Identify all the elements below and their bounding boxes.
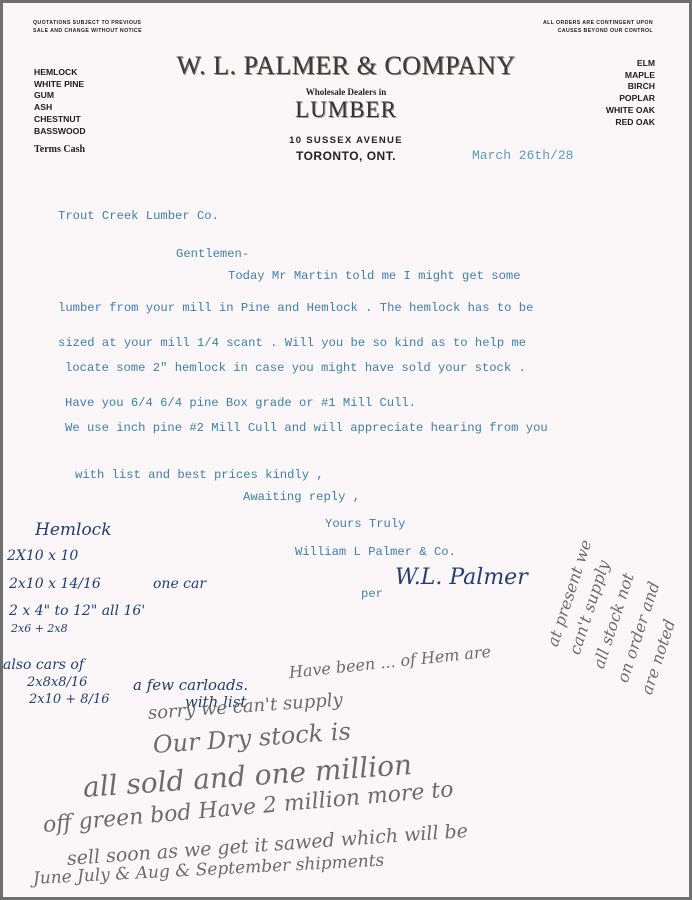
body-line: locate some 2" hemlock in case you might… bbox=[65, 361, 526, 375]
body-line: lumber from your mill in Pine and Hemloc… bbox=[58, 301, 533, 315]
ink-line: 2x6 + 2x8 bbox=[11, 622, 68, 635]
pencil-line: Have been ... of Hem are bbox=[288, 642, 492, 682]
ink-also-line: 2x10 + 8/16 bbox=[29, 692, 110, 707]
ink-also-cars: also cars of bbox=[3, 657, 84, 673]
ink-one-car: one car bbox=[153, 576, 206, 592]
ink-line: 2x10 x 14/16 bbox=[9, 576, 101, 592]
tagline: Wholesale Dealers in bbox=[3, 87, 689, 97]
salutation: Gentlemen- bbox=[176, 247, 249, 261]
notice-left-line: SALE AND CHANGE WITHOUT NOTICE bbox=[33, 27, 142, 35]
letter-date: March 26th/28 bbox=[472, 148, 573, 163]
body-line: We use inch pine #2 Mill Cull and will a… bbox=[65, 421, 548, 435]
ink-few-carloads: a few carloads. bbox=[133, 676, 248, 694]
signature: W.L. Palmer bbox=[395, 565, 528, 590]
ink-line: 2 x 4" to 12" all 16' bbox=[9, 603, 145, 619]
body-line: with list and best prices kindly , bbox=[75, 468, 324, 482]
notice-left-line: QUOTATIONS SUBJECT TO PREVIOUS bbox=[33, 19, 142, 27]
letter-page: QUOTATIONS SUBJECT TO PREVIOUS SALE AND … bbox=[3, 3, 689, 897]
notice-right-line: CAUSES BEYOND OUR CONTROL bbox=[543, 27, 653, 35]
ink-line: 2X10 x 10 bbox=[7, 548, 78, 564]
company-name: W. L. PALMER & COMPANY bbox=[3, 51, 689, 81]
closing-line: Awaiting reply , bbox=[243, 490, 360, 504]
address: 10 SUSSEX AVENUE bbox=[3, 135, 689, 146]
closing-line: William L Palmer & Co. bbox=[295, 545, 456, 559]
ink-also-line: 2x8x8/16 bbox=[27, 675, 87, 690]
body-line: Today Mr Martin told me I might get some bbox=[228, 269, 521, 283]
pencil-line: Our Dry stock is bbox=[152, 717, 352, 759]
per-label: per bbox=[361, 587, 383, 601]
product-title: LUMBER bbox=[3, 97, 689, 123]
body-line: Have you 6/4 6/4 pine Box grade or #1 Mi… bbox=[65, 396, 416, 410]
notice-right-line: ALL ORDERS ARE CONTINGENT UPON bbox=[543, 19, 653, 27]
closing-line: Yours Truly bbox=[325, 517, 405, 531]
ink-heading: Hemlock bbox=[35, 520, 112, 540]
recipient: Trout Creek Lumber Co. bbox=[58, 209, 219, 223]
notice-left: QUOTATIONS SUBJECT TO PREVIOUS SALE AND … bbox=[33, 19, 142, 35]
city: TORONTO, ONT. bbox=[3, 149, 689, 163]
notice-right: ALL ORDERS ARE CONTINGENT UPON CAUSES BE… bbox=[543, 19, 653, 35]
body-line: sized at your mill 1/4 scant . Will you … bbox=[58, 336, 526, 350]
